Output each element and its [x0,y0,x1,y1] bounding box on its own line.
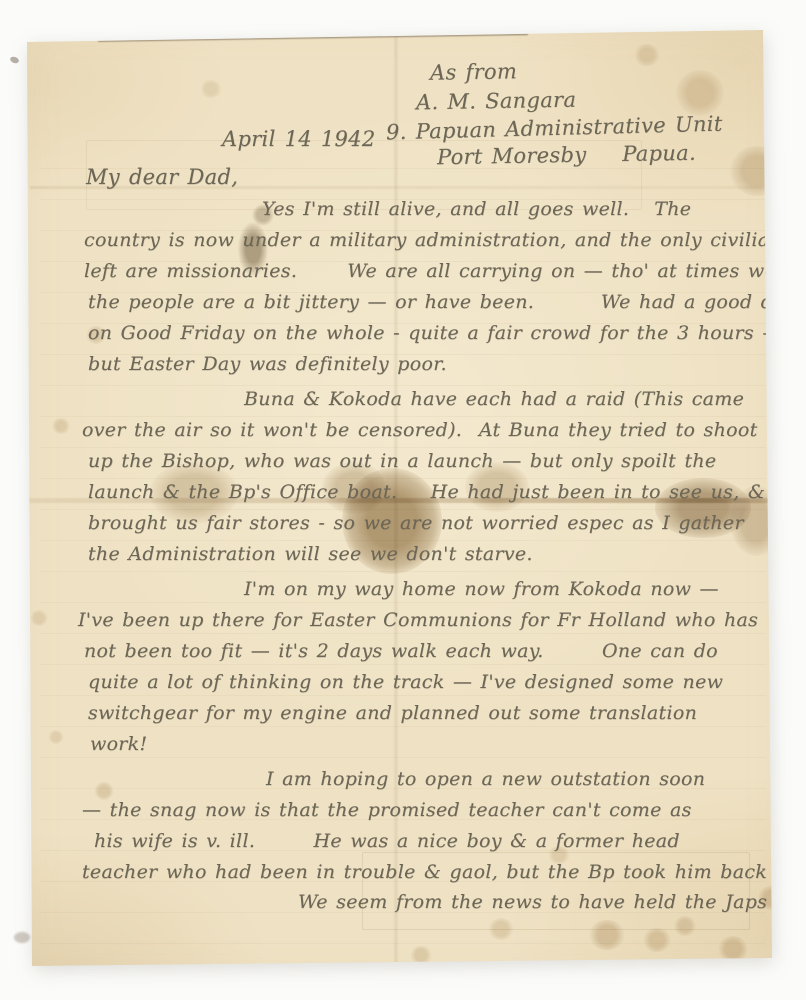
letter-line: up the Bishop, who was out in a launch —… [88,450,716,472]
letter-paper: As from A. M. Sangara 9. Papuan Administ… [0,0,806,1000]
letter-line: over the air so it won't be censored). A… [82,419,758,441]
letter-line: I am hoping to open a new outstation soo… [266,768,705,790]
letter-line: quite a lot of thinking on the track — I… [88,671,723,693]
foxing-spot [200,80,222,98]
letter-line: — the snag now is that the promised teac… [82,799,692,821]
letter-line: launch & the Bp's Office boat. He had ju… [88,481,765,503]
letter-line: the people are a bit jittery — or have b… [88,291,796,313]
letter-line: Buna & Kokoda have each had a raid (This… [244,388,744,410]
letterhead-line: 9. Papuan Administrative Unit [386,112,723,145]
letter-paper-wrap: As from A. M. Sangara 9. Papuan Administ… [0,0,806,1000]
letter-line: Yes I'm still alive, and all goes well. … [262,198,691,220]
salutation-line: My dear Dad, [86,165,238,189]
date-line: April 14 1942 [222,127,376,151]
letter-line: I've been up there for Easter Communions… [78,609,758,631]
letter-line: switchgear for my engine and planned out… [88,702,697,724]
letter-line: his wife is v. ill. He was a nice boy & … [94,830,680,852]
letter-line: work! [90,733,147,755]
letter-line: the Administration will see we don't sta… [88,543,533,565]
photo-of-letter: As from A. M. Sangara 9. Papuan Administ… [0,0,806,1000]
stain [676,70,724,116]
letter-line: country is now under a military administ… [84,229,792,251]
letter-line: left are missionaries. We are all carryi… [84,260,806,282]
letter-line: We seem from the news to have held the J… [298,891,767,913]
stain [634,44,660,66]
letter-line: teacher who had been in trouble & gaol, … [82,861,767,883]
letterhead-line: Port Moresby Papua. [437,141,696,170]
paper-top-edge-shadow [98,33,528,42]
letterhead-line: A. M. Sangara [416,88,577,115]
letter-line: not been too fit — it's 2 days walk each… [84,640,718,662]
letter-line: brought us fair stores - so we are not w… [88,512,744,534]
letter-line: on Good Friday on the whole - quite a fa… [88,322,782,344]
letter-line: but Easter Day was definitely poor. [88,353,447,375]
letter-line: I'm on my way home now from Kokoda now — [244,578,719,600]
letterhead-line: As from [430,59,517,85]
